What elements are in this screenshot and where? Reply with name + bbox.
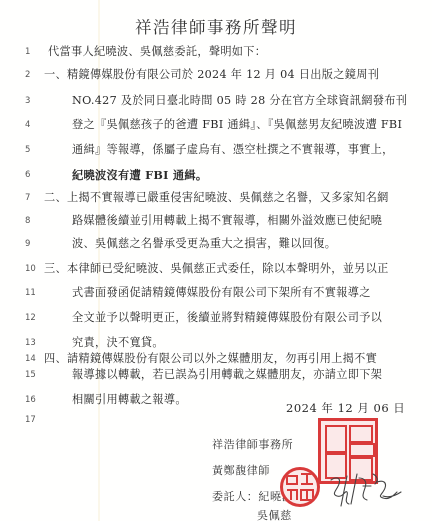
statement-line: 2一、精鏡傳媒股份有限公司於 2024 年 12 月 04 日出版之鏡周刊 — [0, 67, 432, 83]
line-number: 10 — [25, 261, 39, 277]
statement-line: 14四、請精鏡傳媒股份有限公司以外之媒體朋友，勿再引用上揭不實 — [0, 351, 432, 367]
line-number: 13 — [25, 335, 39, 351]
statement-line: 12全文並予以聲明更正，後續並將對精鏡傳媒股份有限公司予以 — [0, 310, 432, 326]
statement-line: 11式書面發函促請精鏡傳媒股份有限公司下架所有不實報導之 — [0, 285, 432, 301]
line-text: NO.427 及於同日臺北時間 05 時 28 分在官方全球資訊網發布刊 — [72, 93, 407, 109]
line-number: 2 — [25, 67, 39, 83]
line-number: 1 — [25, 44, 39, 60]
line-text: 四、請精鏡傳媒股份有限公司以外之媒體朋友，勿再引用上揭不實 — [44, 351, 377, 367]
statement-line: 8路媒體後續並引用轉載上揭不實報導，相關外溢效應已使紀曉 — [0, 213, 432, 229]
line-number: 9 — [25, 236, 39, 252]
statement-line: 9波、吳佩慈之名譽承受更為重大之損害，難以回復。 — [0, 236, 432, 252]
line-text: 式書面發函促請精鏡傳媒股份有限公司下架所有不實報導之 — [72, 285, 371, 301]
line-text: 三、本律師已受紀曉波、吳佩慈正式委任，除以本聲明外，並另以正 — [44, 261, 389, 277]
line-text: 路媒體後續並引用轉載上揭不實報導，相關外溢效應已使紀曉 — [72, 213, 382, 229]
statement-line: 7二、上揭不實報導已嚴重侵害紀曉波、吳佩慈之名譽，又多家知名網 — [0, 190, 432, 206]
statement-date: 2024 年 12 月 06 日 — [286, 400, 405, 416]
line-number: 15 — [25, 367, 39, 383]
line-number: 5 — [25, 142, 39, 158]
line-number: 12 — [25, 310, 39, 326]
signature-client-2: 吳佩慈 — [257, 507, 292, 521]
statement-line: 5通緝』等報導，係屬子虛烏有、憑空杜撰之不實報導，事實上， — [0, 142, 432, 158]
statement-line: 15報導據以轉載，若已誤為引用轉載之媒體朋友，亦請立即下架 — [0, 367, 432, 383]
statement-line: 4登之『吳佩慈孩子的爸遭 FBI 通緝』、『吳佩慈男友紀曉波遭 FBI — [0, 117, 432, 133]
line-text: 究責，決不寬貸。 — [72, 335, 164, 351]
line-text: 波、吳佩慈之名譽承受更為重大之損害，難以回復。 — [72, 236, 336, 252]
statement-line: 1代當事人紀曉波、吳佩慈委託，聲明如下： — [0, 44, 432, 60]
line-text: 二、上揭不實報導已嚴重侵害紀曉波、吳佩慈之名譽，又多家知名網 — [44, 190, 389, 206]
signature-lawyer: 黃鄭馥律師 — [212, 462, 270, 478]
line-number: 11 — [25, 285, 39, 301]
line-number: 17 — [25, 412, 39, 428]
line-text: 報導據以轉載，若已誤為引用轉載之媒體朋友，亦請立即下架 — [72, 367, 382, 383]
line-number: 3 — [25, 93, 39, 109]
client-seal-icon — [280, 467, 320, 507]
line-number: 4 — [25, 117, 39, 133]
line-number: 7 — [25, 190, 39, 206]
line-number: 6 — [25, 167, 39, 183]
line-text: 相關引用轉載之報導。 — [72, 392, 187, 408]
line-text: 全文並予以聲明更正，後續並將對精鏡傳媒股份有限公司予以 — [72, 310, 382, 326]
statement-line: 3NO.427 及於同日臺北時間 05 時 28 分在官方全球資訊網發布刊 — [0, 93, 432, 109]
document-title: 祥浩律師事務所聲明 — [0, 14, 432, 38]
statement-line: 6紀曉波沒有遭 FBI 通緝。 — [0, 167, 432, 183]
handwritten-signature-icon — [327, 468, 407, 512]
line-text: 一、精鏡傳媒股份有限公司於 2024 年 12 月 04 日出版之鏡周刊 — [44, 67, 379, 83]
line-text: 通緝』等報導，係屬子虛烏有、憑空杜撰之不實報導，事實上， — [72, 142, 394, 158]
statement-line: 13究責，決不寬貸。 — [0, 335, 432, 351]
line-number: 8 — [25, 213, 39, 229]
line-number: 14 — [25, 351, 39, 367]
statement-line: 10三、本律師已受紀曉波、吳佩慈正式委任，除以本聲明外，並另以正 — [0, 261, 432, 277]
line-text: 紀曉波沒有遭 FBI 通緝。 — [72, 167, 207, 183]
line-text: 登之『吳佩慈孩子的爸遭 FBI 通緝』、『吳佩慈男友紀曉波遭 FBI — [72, 117, 402, 133]
statement-page: 祥浩律師事務所聲明 1代當事人紀曉波、吳佩慈委託，聲明如下：2一、精鏡傳媒股份有… — [0, 0, 432, 521]
line-number: 16 — [25, 392, 39, 408]
line-text: 代當事人紀曉波、吳佩慈委託，聲明如下： — [48, 44, 266, 60]
signature-firm: 祥浩律師事務所 — [212, 436, 293, 452]
